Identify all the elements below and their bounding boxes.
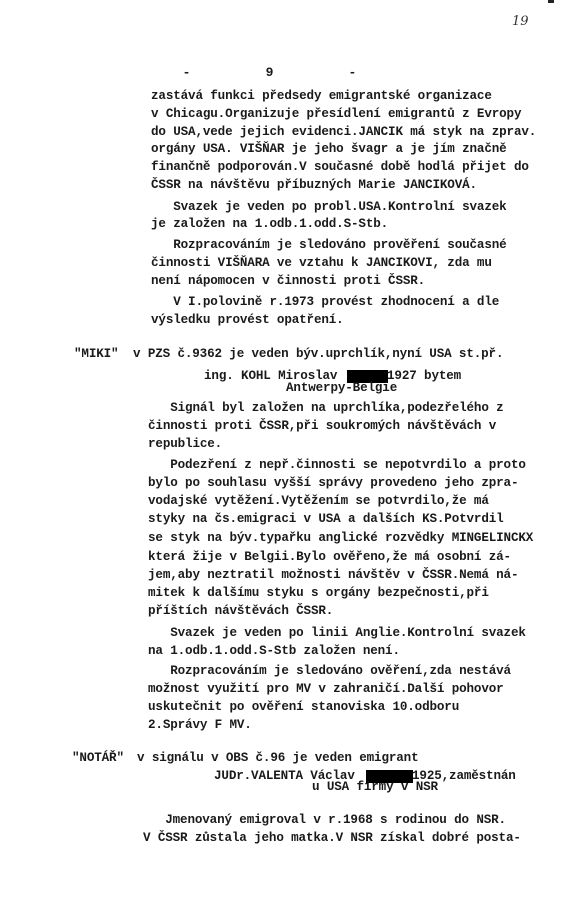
text-line: výsledku provést opatření. (151, 313, 344, 327)
text-line: se styk na býv.typařku anglické rozvědky… (148, 531, 533, 545)
birth-year-miki: 1927 bytem (387, 369, 461, 383)
text-line: styky na čs.emigraci v USA a dalších KS.… (148, 512, 504, 526)
entry-codename-notar: "NOTÁŘ" (72, 751, 124, 765)
entry-intro-notar: v signálu v OBS č.96 je veden emigrant (137, 751, 419, 765)
text-line: orgány USA. VIŠŇAR je jeho švagr a je jí… (151, 142, 507, 156)
text-line: Signál byl založen na uprchlíka,podezřel… (148, 401, 504, 415)
text-line: Rozpracováním je sledováno ověření,zda n… (148, 664, 511, 678)
text-line: v Chicagu.Organizuje přesídlení emigrant… (151, 107, 521, 121)
text-line: Svazek je veden po linii Anglie.Kontroln… (148, 626, 526, 640)
text-line: vodajské vytěžení.Vytěžením se potvrdilo… (148, 494, 489, 508)
text-line: do USA,vede jejich evidenci.JANCIK má st… (151, 125, 536, 139)
residence-miki: Antwerpy-Belgie (286, 381, 397, 395)
text-line: bylo po souhlasu vyšší správy provedeno … (148, 476, 518, 490)
text-line: ČSSR na návštěvu příbuzných Marie JANCIK… (151, 178, 477, 192)
text-line: 2.Správy F MV. (148, 718, 252, 732)
text-line: V ČSSR zůstala jeho matka.V NSR získal d… (143, 831, 521, 845)
text-line: činnosti proti ČSSR,při soukromých návšt… (148, 419, 496, 433)
text-line: V I.polovině r.1973 provést zhodnocení a… (151, 295, 499, 309)
corner-mark (548, 0, 554, 3)
text-line: která žije v Belgii.Bylo ověřeno,že má o… (148, 550, 511, 564)
text-line: finančně podporován.V současné době hodl… (151, 160, 529, 174)
text-line: mitek k dalšímu styku s orgány bezpečnos… (148, 586, 489, 600)
employer-notar: u USA firmy v NSR (312, 780, 438, 794)
page-header: - 9 - (152, 52, 356, 94)
text-line: Jmenovaný emigroval v r.1968 s rodinou d… (143, 813, 506, 827)
text-line: na 1.odb.1.odd.S-Stb založen není. (148, 644, 400, 658)
entry-intro-miki: v PZS č.9362 je veden býv.uprchlík,nyní … (133, 347, 503, 361)
text-line: republice. (148, 437, 222, 451)
text-line: Svazek je veden po probl.USA.Kontrolní s… (151, 200, 507, 214)
text-line: příštích návštěvách ČSSR. (148, 604, 333, 618)
text-line: jem,aby neztratil možnosti návštěv v ČSS… (148, 568, 518, 582)
entry-codename-miki: "MIKI" (74, 347, 118, 361)
handwritten-page-number: 19 (512, 14, 529, 29)
text-line: činnosti VIŠŇARA ve vztahu k JANCIKOVI, … (151, 256, 492, 270)
text-line: Podezření z nepř.činnosti se nepotvrdilo… (148, 458, 526, 472)
document-page: 19 - 9 - zastává funkci předsedy emigran… (0, 0, 563, 905)
page-number: - 9 - (183, 65, 357, 80)
text-line: není nápomocen v činnosti proti ČSSR. (151, 274, 425, 288)
text-line: Rozpracováním je sledováno prověření sou… (151, 238, 507, 252)
text-line: je založen na 1.odb.1.odd.S-Stb. (151, 217, 388, 231)
text-line: možnost využití pro MV v zahraničí.Další… (148, 682, 504, 696)
text-line: uskutečnit po ověření stanoviska 10.odbo… (148, 700, 459, 714)
text-line: zastává funkci předsedy emigrantské orga… (151, 89, 492, 103)
